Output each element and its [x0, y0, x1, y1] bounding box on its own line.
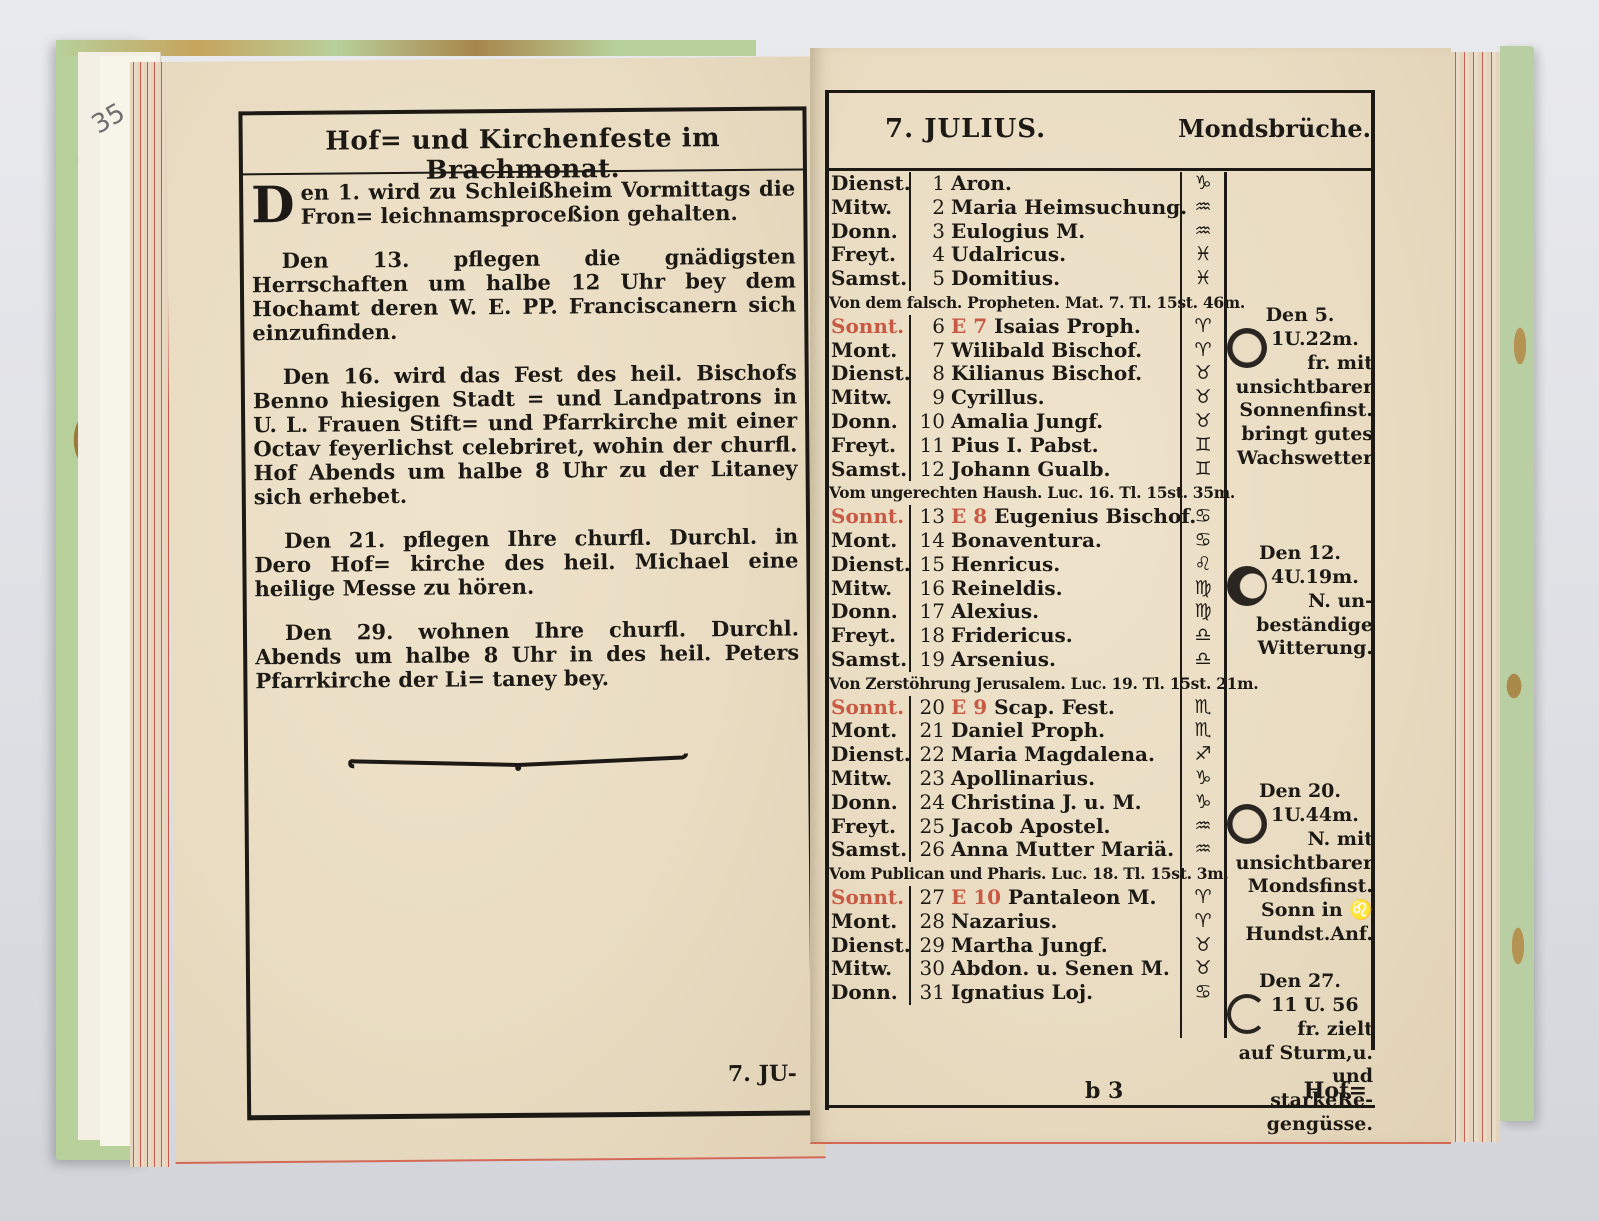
zodiac-sign-icon: ♍: [1182, 600, 1224, 624]
saint-label: Abdon. u. Senen M.: [951, 956, 1170, 980]
saint-label: Kilianus Bischof.: [951, 361, 1142, 385]
saint-name: Alexius.: [951, 600, 1199, 624]
day-number: 30: [911, 957, 951, 981]
day-number: 4: [911, 243, 951, 267]
zodiac-sign-icon: ♒: [1182, 196, 1224, 220]
zodiac-sign-icon: ♈: [1182, 315, 1224, 339]
calendar-row-sunday: Sonnt.27E 10 Pantaleon M.: [829, 886, 1199, 910]
weekday: Mitw.: [829, 957, 911, 981]
zodiac-sign-icon: ♒: [1182, 220, 1224, 244]
saint-label: Henricus.: [951, 552, 1060, 576]
weekday: Mont.: [829, 719, 911, 743]
weekday: Mont.: [829, 910, 911, 934]
day-number: 21: [911, 719, 951, 743]
saint-label: Arsenius.: [951, 647, 1056, 671]
weekday: Sonnt.: [829, 315, 911, 339]
saint-name: Cyrillus.: [951, 386, 1199, 410]
day-number: 25: [911, 815, 951, 839]
day-number: 19: [911, 648, 951, 672]
moon-phase-note: Hundst.Anf.: [1227, 923, 1373, 947]
book-cover-top-edge: [56, 40, 756, 56]
saint-label: Bonaventura.: [951, 528, 1102, 552]
week-after-pentecost: E 8: [951, 504, 994, 528]
saint-label: Wilibald Bischof.: [951, 338, 1142, 362]
saint-label: Amalia Jungf.: [951, 409, 1103, 433]
zodiac-sign-icon: ♈: [1182, 886, 1224, 910]
weekday: Mitw.: [829, 386, 911, 410]
gospel-reading-row: Von dem falsch. Propheten. Mat. 7. Tl. 1…: [829, 291, 1199, 315]
saint-name: Maria Heimsuchung.: [951, 196, 1199, 220]
calendar-row: Mont.7Wilibald Bischof.: [829, 339, 1199, 363]
saint-name: Jacob Apostel.: [951, 815, 1199, 839]
week-after-pentecost: E 7: [951, 314, 994, 338]
calendar-row: Donn.10Amalia Jungf.: [829, 410, 1199, 434]
zodiac-sign-icon: ♉: [1182, 957, 1224, 981]
day-number: 8: [911, 362, 951, 386]
moon-phases-heading: Mondsbrüche.: [1178, 114, 1371, 143]
calendar-row: Freyt.11Pius I. Pabst.: [829, 434, 1199, 458]
day-number: 12: [911, 458, 951, 482]
zodiac-sign-icon: ♒: [1182, 815, 1224, 839]
day-number: 31: [911, 981, 951, 1005]
moon-phase-time: 1U.44m.: [1271, 804, 1359, 828]
saint-name: Christina J. u. M.: [951, 791, 1199, 815]
saint-label: Daniel Proph.: [951, 718, 1105, 742]
saint-name: Johann Gualb.: [951, 458, 1199, 482]
moon-phase-note: beständige: [1227, 614, 1373, 638]
weekday: Donn.: [829, 981, 911, 1005]
day-number: 20: [911, 696, 951, 720]
dropcap: D: [251, 183, 295, 227]
weekday: Mitw.: [829, 577, 911, 601]
saint-name: Henricus.: [951, 553, 1199, 577]
saint-name: Anna Mutter Mariä.: [951, 838, 1199, 862]
saint-name: E 10 Pantaleon M.: [951, 886, 1199, 910]
zodiac-sign-icon: ♏: [1182, 719, 1224, 743]
moon-phase-note: unsichtbarer: [1227, 852, 1373, 876]
zodiac-sign-icon: ♉: [1182, 362, 1224, 386]
paragraph-3: Den 16. wird das Fest des heil. Bischofs…: [253, 361, 798, 510]
day-number: 9: [911, 386, 951, 410]
saint-label: Eugenius Bischof.: [994, 504, 1196, 528]
zodiac-sign-icon: ♋: [1182, 529, 1224, 553]
saint-name: Abdon. u. Senen M.: [951, 957, 1199, 981]
moon-phase-note: Wachswetter: [1227, 447, 1373, 471]
zodiac-sign-icon: ♌: [1182, 553, 1224, 577]
weekday: Mitw.: [829, 196, 911, 220]
saint-name: Reineldis.: [951, 577, 1199, 601]
page-edges-left: [130, 62, 170, 1167]
zodiac-sign-icon: ♍: [1182, 577, 1224, 601]
right-page-frame: 7. JULIUS. Mondsbrüche. Dienst.1Aron.Mit…: [825, 90, 1375, 1110]
calendar-row: Mont.28Nazarius.: [829, 910, 1199, 934]
weekday: Freyt.: [829, 624, 911, 648]
saint-label: Johann Gualb.: [951, 457, 1110, 481]
day-number: 14: [911, 529, 951, 553]
moon-phase-date: Den 12.: [1227, 542, 1373, 566]
saint-name: Udalricus.: [951, 243, 1199, 267]
zodiac-sign-icon: ♈: [1182, 339, 1224, 363]
day-number: 16: [911, 577, 951, 601]
moon-phase-date: Den 20.: [1227, 780, 1373, 804]
saint-label: Ignatius Loj.: [951, 980, 1093, 1004]
saint-name: Nazarius.: [951, 910, 1199, 934]
last-quarter-icon: [1227, 994, 1267, 1034]
day-number: 3: [911, 220, 951, 244]
day-number: 27: [911, 886, 951, 910]
day-number: 7: [911, 339, 951, 363]
saint-label: Scap. Fest.: [994, 695, 1115, 719]
weekday: Samst.: [829, 838, 911, 862]
zodiac-sign-icon: ♈: [1182, 910, 1224, 934]
calendar-row: Freyt.25Jacob Apostel.: [829, 815, 1199, 839]
saint-label: Anna Mutter Mariä.: [951, 837, 1174, 861]
zodiac-sign-icon: ♉: [1182, 386, 1224, 410]
paragraph-2: Den 13. pflegen die gnädigsten Herrschaf…: [252, 245, 797, 346]
moon-phase-note: Sonnenfinst.: [1227, 399, 1373, 423]
saint-name: E 7 Isaias Proph.: [951, 315, 1199, 339]
saint-label: Reineldis.: [951, 576, 1063, 600]
calendar-row: Donn.17Alexius.: [829, 600, 1199, 624]
day-number: 26: [911, 838, 951, 862]
calendar-row: Samst.19Arsenius.: [829, 648, 1199, 672]
calendar-row: Dienst.29Martha Jungf.: [829, 934, 1199, 958]
saint-label: Nazarius.: [951, 909, 1057, 933]
saint-name: Amalia Jungf.: [951, 410, 1199, 434]
weekday: Donn.: [829, 410, 911, 434]
gospel-reading-row: Vom ungerechten Haush. Luc. 16. Tl. 15st…: [829, 481, 1199, 505]
catchword-left: 7. JU-: [728, 1061, 797, 1088]
weekday: Freyt.: [829, 815, 911, 839]
zodiac-sign-icon: ♊: [1182, 458, 1224, 482]
saint-label: Domitius.: [951, 266, 1060, 290]
weekday: Samst.: [829, 648, 911, 672]
day-number: 11: [911, 434, 951, 458]
moon-phase-date: Den 5.: [1227, 304, 1373, 328]
calendar-row: Donn.3Eulogius M.: [829, 220, 1199, 244]
day-number: 24: [911, 791, 951, 815]
saint-name: Martha Jungf.: [951, 934, 1199, 958]
zodiac-spacer: [1182, 862, 1224, 886]
calendar-table: Dienst.1Aron.Mitw.2Maria Heimsuchung.Don…: [829, 172, 1199, 1005]
ornament-rule-icon: [348, 753, 688, 774]
calendar-row: Mitw.23Apollinarius.: [829, 767, 1199, 791]
zodiac-spacer: [1182, 672, 1224, 696]
calendar-row: Mont.14Bonaventura.: [829, 529, 1199, 553]
zodiac-sign-icon: ♓: [1182, 243, 1224, 267]
moon-phase-note: auf Sturm,u.: [1227, 1042, 1373, 1066]
zodiac-column: ♑♒♒♓♓♈♈♉♉♉♊♊♋♋♌♍♍♎♎♏♏♐♑♑♒♒♈♈♉♉♋: [1180, 172, 1227, 1038]
zodiac-sign-icon: ♎: [1182, 648, 1224, 672]
day-number: 28: [911, 910, 951, 934]
saint-label: Alexius.: [951, 599, 1039, 623]
saint-name: Arsenius.: [951, 648, 1199, 672]
calendar-row: Freyt.4Udalricus.: [829, 243, 1199, 267]
zodiac-sign-icon: ♊: [1182, 434, 1224, 458]
moon-phase-time: 1U.22m.: [1271, 328, 1359, 352]
day-number: 29: [911, 934, 951, 958]
moon-phase-entry: Den 20.1U.44m.N. mitunsichtbarerMondsfin…: [1227, 780, 1373, 947]
saint-name: Pius I. Pabst.: [951, 434, 1199, 458]
moon-phase-note: bringt gutes: [1227, 423, 1373, 447]
saint-label: Christina J. u. M.: [951, 790, 1142, 814]
moon-phase-note: Sonn in ♌: [1227, 899, 1373, 923]
moon-phase-entry: Den 12.4U.19m.N. un-beständigeWitterung.: [1227, 542, 1373, 661]
week-after-pentecost: E 9: [951, 695, 994, 719]
moon-phase-entry: Den 5.1U.22m.fr. mitunsichtbarerSonnenfi…: [1227, 304, 1373, 471]
saint-name: Eulogius M.: [951, 220, 1199, 244]
saint-label: Fridericus.: [951, 623, 1073, 647]
saint-name: Domitius.: [951, 267, 1199, 291]
weekday: Samst.: [829, 458, 911, 482]
saint-name: Ignatius Loj.: [951, 981, 1199, 1005]
calendar-row: Mitw.2Maria Heimsuchung.: [829, 196, 1199, 220]
calendar-row-sunday: Sonnt.20E 9 Scap. Fest.: [829, 696, 1199, 720]
saint-name: Bonaventura.: [951, 529, 1199, 553]
weekday: Mont.: [829, 339, 911, 363]
calendar-row: Mitw.30Abdon. u. Senen M.: [829, 957, 1199, 981]
calendar-row: Dienst.22Maria Magdalena.: [829, 743, 1199, 767]
zodiac-sign-icon: ♑: [1182, 767, 1224, 791]
calendar-row-sunday: Sonnt.6E 7 Isaias Proph.: [829, 315, 1199, 339]
day-number: 10: [911, 410, 951, 434]
moon-phase-date: Den 27.: [1227, 970, 1373, 994]
left-page-frame: Hof= und Kirchenfeste im Brachmonat. Den…: [238, 106, 815, 1120]
weekday: Dienst.: [829, 743, 911, 767]
zodiac-spacer: [1182, 481, 1224, 505]
day-number: 5: [911, 267, 951, 291]
saint-name: Apollinarius.: [951, 767, 1199, 791]
weekday: Mont.: [829, 529, 911, 553]
moon-phase-entry: Den 27.11 U. 56fr. zieltauf Sturm,u.und …: [1227, 970, 1373, 1137]
saint-label: Isaias Proph.: [994, 314, 1141, 338]
weekday: Dienst.: [829, 934, 911, 958]
saint-name: E 8 Eugenius Bischof.: [951, 505, 1199, 529]
full-moon-icon: [1227, 804, 1267, 844]
signature-mark: b 3: [1085, 1078, 1123, 1104]
zodiac-sign-icon: ♋: [1182, 505, 1224, 529]
day-number: 18: [911, 624, 951, 648]
calendar-row: Mont.21Daniel Proph.: [829, 719, 1199, 743]
weekday: Mitw.: [829, 767, 911, 791]
new-moon-icon: [1227, 328, 1267, 368]
zodiac-sign-icon: ♉: [1182, 410, 1224, 434]
calendar-row: Samst.26Anna Mutter Mariä.: [829, 838, 1199, 862]
zodiac-sign-icon: ♎: [1182, 624, 1224, 648]
catchword-right: Hof=: [1304, 1078, 1367, 1104]
weekday: Donn.: [829, 220, 911, 244]
weekday: Dienst.: [829, 553, 911, 577]
gospel-reading-row: Vom Publican und Pharis. Luc. 18. Tl. 15…: [829, 862, 1199, 886]
zodiac-sign-icon: ♒: [1182, 838, 1224, 862]
saint-label: Jacob Apostel.: [951, 814, 1111, 838]
weekday: Sonnt.: [829, 505, 911, 529]
saint-label: Aron.: [951, 171, 1012, 195]
week-after-pentecost: E 10: [951, 885, 1008, 909]
calendar-row: Mitw.9Cyrillus.: [829, 386, 1199, 410]
day-number: 2: [911, 196, 951, 220]
weekday: Sonnt.: [829, 696, 911, 720]
day-number: 17: [911, 600, 951, 624]
calendar-row-sunday: Sonnt.13E 8 Eugenius Bischof.: [829, 505, 1199, 529]
saint-name: Daniel Proph.: [951, 719, 1199, 743]
saint-label: Eulogius M.: [951, 219, 1085, 243]
zodiac-spacer: [1182, 291, 1224, 315]
zodiac-sign-icon: ♑: [1182, 791, 1224, 815]
calendar-row: Dienst.1Aron.: [829, 172, 1199, 196]
weekday: Dienst.: [829, 362, 911, 386]
weekday: Freyt.: [829, 434, 911, 458]
calendar-row: Donn.31Ignatius Loj.: [829, 981, 1199, 1005]
right-page: 7. JULIUS. Mondsbrüche. Dienst.1Aron.Mit…: [810, 48, 1451, 1144]
saint-label: Pius I. Pabst.: [951, 433, 1099, 457]
gospel-reading-row: Von Zerstöhrung Jerusalem. Luc. 19. Tl. …: [829, 672, 1199, 696]
saint-label: Maria Heimsuchung.: [951, 195, 1187, 219]
calendar-row: Dienst.8Kilianus Bischof.: [829, 362, 1199, 386]
zodiac-sign-icon: ♐: [1182, 743, 1224, 767]
zodiac-sign-icon: ♏: [1182, 696, 1224, 720]
zodiac-sign-icon: ♓: [1182, 267, 1224, 291]
left-page-body: Den 1. wird zu Schleißheim Vormittags di…: [251, 177, 800, 714]
moon-phase-time: 4U.19m.: [1271, 566, 1359, 590]
saint-label: Cyrillus.: [951, 385, 1045, 409]
moon-phase-note: unsichtbarer: [1227, 376, 1373, 400]
day-number: 15: [911, 553, 951, 577]
saint-label: Martha Jungf.: [951, 933, 1108, 957]
weekday: Donn.: [829, 791, 911, 815]
calendar-row: Samst.5Domitius.: [829, 267, 1199, 291]
moon-phase-note: Mondsfinst.: [1227, 875, 1373, 899]
saint-name: Fridericus.: [951, 624, 1199, 648]
month-heading: 7. JULIUS.: [885, 114, 1046, 144]
day-number: 6: [911, 315, 951, 339]
saint-label: Apollinarius.: [951, 766, 1095, 790]
moon-phase-time: 11 U. 56: [1271, 994, 1359, 1018]
calendar-row: Freyt.18Fridericus.: [829, 624, 1199, 648]
first-quarter-icon: [1227, 566, 1267, 606]
left-page: Hof= und Kirchenfeste im Brachmonat. Den…: [166, 56, 826, 1164]
weekday: Samst.: [829, 267, 911, 291]
zodiac-sign-icon: ♋: [1182, 981, 1224, 1005]
saint-label: Maria Magdalena.: [951, 742, 1155, 766]
calendar-row: Donn.24Christina J. u. M.: [829, 791, 1199, 815]
saint-name: E 9 Scap. Fest.: [951, 696, 1199, 720]
zodiac-sign-icon: ♑: [1182, 172, 1224, 196]
calendar-header: 7. JULIUS. Mondsbrüche.: [825, 100, 1375, 160]
saint-name: Kilianus Bischof.: [951, 362, 1199, 386]
zodiac-sign-icon: ♉: [1182, 934, 1224, 958]
day-number: 22: [911, 743, 951, 767]
paragraph-4: Den 21. pflegen Ihre churfl. Durchl. in …: [254, 525, 799, 602]
day-number: 1: [911, 172, 951, 196]
day-number: 23: [911, 767, 951, 791]
saint-label: Pantaleon M.: [1008, 885, 1156, 909]
moon-phase-note: Witterung.: [1227, 637, 1373, 661]
paragraph-1: Den 1. wird zu Schleißheim Vormittags di…: [251, 177, 795, 230]
paragraph-5: Den 29. wohnen Ihre churfl. Durchl. Aben…: [255, 616, 800, 693]
weekday: Donn.: [829, 600, 911, 624]
weekday: Sonnt.: [829, 886, 911, 910]
calendar-row: Samst.12Johann Gualb.: [829, 458, 1199, 482]
moon-phase-note: gengüsse.: [1227, 1113, 1373, 1137]
calendar-row: Mitw.16Reineldis.: [829, 577, 1199, 601]
calendar-row: Dienst.15Henricus.: [829, 553, 1199, 577]
saint-name: Maria Magdalena.: [951, 743, 1199, 767]
day-number: 13: [911, 505, 951, 529]
saint-name: Aron.: [951, 172, 1199, 196]
weekday: Freyt.: [829, 243, 911, 267]
weekday: Dienst.: [829, 172, 911, 196]
book-cover-right: [1500, 46, 1534, 1121]
saint-label: Udalricus.: [951, 242, 1066, 266]
frame-top-rule: [825, 90, 1375, 93]
saint-name: Wilibald Bischof.: [951, 339, 1199, 363]
